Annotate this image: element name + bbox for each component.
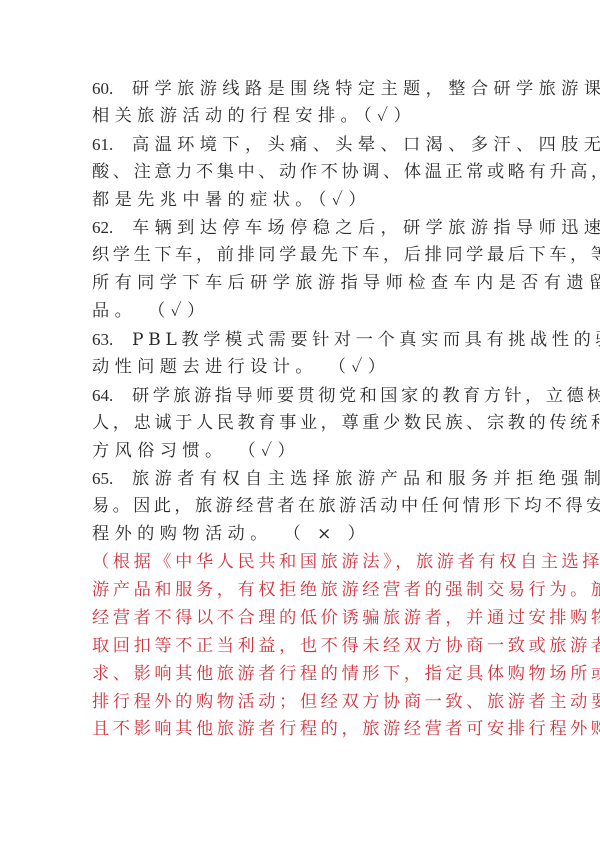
question-number: 64. xyxy=(92,382,132,410)
question-number: 65. xyxy=(92,465,132,493)
document-content: 60.研学旅游线路是围绕特定主题，整合研学旅游课程和 相关旅游活动的行程安排。（… xyxy=(92,75,510,744)
explanation-line: 且不影响其他旅游者行程的，旅游经营者可安排行程外购物 xyxy=(92,716,510,744)
text-line: 都是先兆中暑的症状。（✓） xyxy=(92,187,510,215)
text-line: 相关旅游活动的行程安排。（✓） xyxy=(92,103,510,131)
text-line: 动性问题去进行设计。 （✓） xyxy=(92,354,510,382)
explanation-line: 求、影响其他旅游者行程的情形下，指定具体购物场所或安 xyxy=(92,661,510,689)
explanation-line: 游产品和服务，有权拒绝旅游经营者的强制交易行为。旅游 xyxy=(92,577,510,605)
text-line: 方风俗习惯。 （✓） xyxy=(92,438,510,466)
question-number: 63. xyxy=(92,326,132,354)
text-line: 酸、注意力不集中、动作不协调、体温正常或略有升高，这 xyxy=(92,159,510,187)
question-number: 62. xyxy=(92,214,132,242)
explanation-line: （根据《中华人民共和国旅游法》，旅游者有权自主选择旅 xyxy=(92,549,510,577)
text-line: 65.旅游者有权自主选择旅游产品和服务并拒绝强制交 xyxy=(92,465,510,493)
text-line: 易。因此，旅游经营者在旅游活动中任何情形下均不得安排行 xyxy=(92,493,510,521)
text-line: 所有同学下车后研学旅游指导师检查车内是否有遗留物 xyxy=(92,270,510,298)
question-65: 65.旅游者有权自主选择旅游产品和服务并拒绝强制交 易。因此，旅游经营者在旅游活… xyxy=(92,465,510,549)
text-line: 62.车辆到达停车场停稳之后，研学旅游指导师迅速组 xyxy=(92,214,510,242)
text-line: 人，忠诚于人民教育事业，尊重少数民族、宗教的传统和地 xyxy=(92,410,510,438)
text-line: 63.PBL教学模式需要针对一个真实而具有挑战性的驱 xyxy=(92,326,510,354)
text-line: 64.研学旅游指导师要贯彻党和国家的教育方针，立德树 xyxy=(92,382,510,410)
question-64: 64.研学旅游指导师要贯彻党和国家的教育方针，立德树 人，忠诚于人民教育事业，尊… xyxy=(92,382,510,466)
question-62: 62.车辆到达停车场停稳之后，研学旅游指导师迅速组 织学生下车，前排同学最先下车… xyxy=(92,214,510,326)
explanation-line: 排行程外的购物活动；但经双方协商一致、旅游者主动要求 xyxy=(92,689,510,717)
text-line: 60.研学旅游线路是围绕特定主题，整合研学旅游课程和 xyxy=(92,75,510,103)
text-line: 61.高温环境下，头痛、头晕、口渴、多汗、四肢无力发 xyxy=(92,131,510,159)
document-page: 60.研学旅游线路是围绕特定主题，整合研学旅游课程和 相关旅游活动的行程安排。（… xyxy=(0,0,600,849)
question-61: 61.高温环境下，头痛、头晕、口渴、多汗、四肢无力发 酸、注意力不集中、动作不协… xyxy=(92,131,510,215)
text-line: 织学生下车，前排同学最先下车，后排同学最后下车，等 xyxy=(92,242,510,270)
question-number: 60. xyxy=(92,75,132,103)
explanation-line: 经营者不得以不合理的低价诱骗旅游者，并通过安排购物获 xyxy=(92,605,510,633)
explanation-block: （根据《中华人民共和国旅游法》，旅游者有权自主选择旅 游产品和服务，有权拒绝旅游… xyxy=(92,549,510,744)
explanation-line: 取回扣等不正当利益，也不得未经双方协商一致或旅游者要 xyxy=(92,633,510,661)
question-60: 60.研学旅游线路是围绕特定主题，整合研学旅游课程和 相关旅游活动的行程安排。（… xyxy=(92,75,510,131)
question-number: 61. xyxy=(92,131,132,159)
text-line: 品。 （✓） xyxy=(92,298,510,326)
text-line: 程外的购物活动。 （ × ） xyxy=(92,521,510,549)
question-63: 63.PBL教学模式需要针对一个真实而具有挑战性的驱 动性问题去进行设计。 （✓… xyxy=(92,326,510,382)
